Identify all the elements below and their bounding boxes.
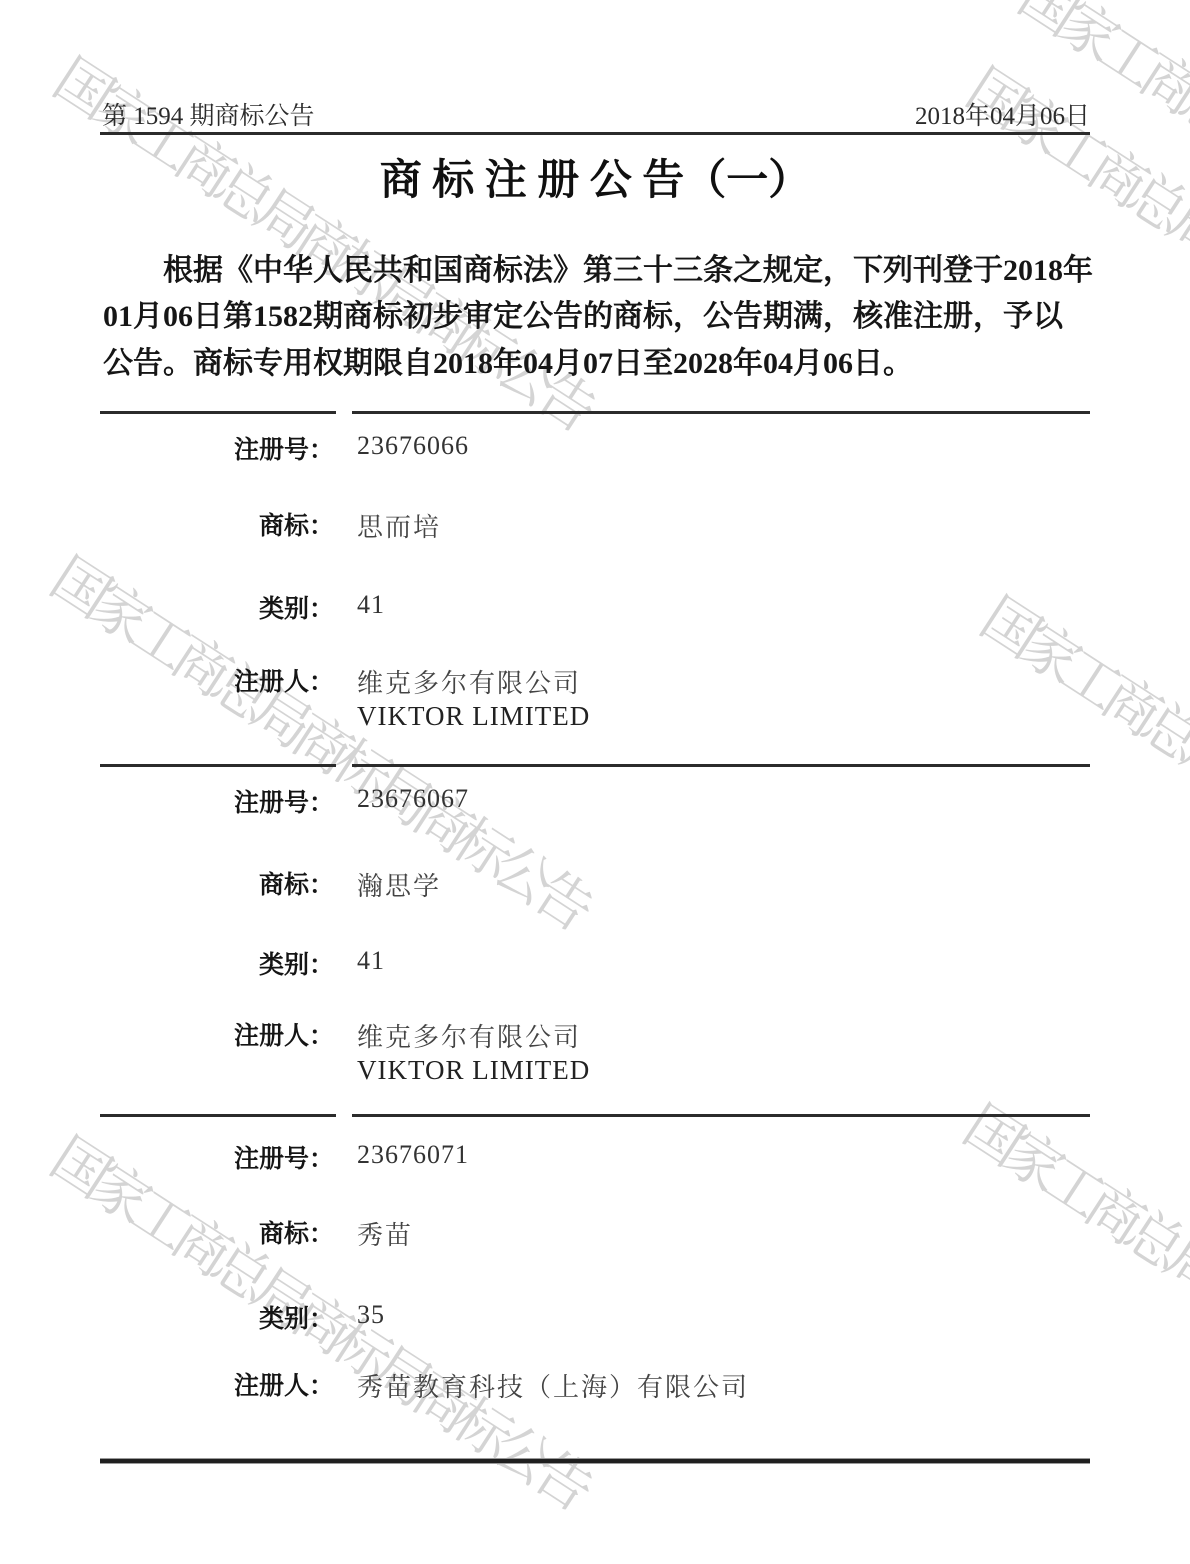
registrant-label: 注册人： xyxy=(100,1016,334,1052)
mark-value: 秀苗 xyxy=(357,1215,413,1252)
entry-separator-right-segment xyxy=(352,1114,1090,1117)
registrant-en: VIKTOR LIMITED xyxy=(357,1055,590,1086)
page-title: 商 标 注 册 公 告（一） xyxy=(100,147,1090,207)
class-value: 41 xyxy=(357,590,385,620)
mark-value: 瀚思学 xyxy=(357,866,441,903)
page-bottom-rule xyxy=(100,1459,1090,1463)
class-label: 类别： xyxy=(100,945,334,981)
registrant-cn: 维克多尔有限公司 xyxy=(357,663,581,700)
gazette-page: 国家工商总局商标局商标公告 国家工商总局商标局商标公告 国家工商总局商标局商标公… xyxy=(0,0,1190,1564)
mark-label: 商标： xyxy=(100,865,334,901)
intro-line-2: 01月06日第1582期商标初步审定公告的商标，公告期满，核准注册，予以 xyxy=(103,291,1103,335)
regno-value: 23676071 xyxy=(357,1140,469,1170)
intro-line-1: 根据《中华人民共和国商标法》第三十三条之规定，下列刊登于2018年 xyxy=(103,245,1163,289)
gazette-date: 2018年04月06日 xyxy=(915,96,1090,132)
mark-label: 商标： xyxy=(100,1214,334,1250)
registrant-cn: 维克多尔有限公司 xyxy=(357,1017,581,1054)
class-value: 41 xyxy=(357,946,385,976)
content-layer: 第 1594 期商标公告 2018年04月06日 商 标 注 册 公 告（一） … xyxy=(0,0,1190,1564)
registrant-label: 注册人： xyxy=(100,662,334,698)
regno-label: 注册号： xyxy=(100,1139,334,1175)
class-label: 类别： xyxy=(100,589,334,625)
registrant-en: VIKTOR LIMITED xyxy=(357,701,590,732)
registrant-cn: 秀苗教育科技（上海）有限公司 xyxy=(357,1367,749,1404)
regno-value: 23676067 xyxy=(357,784,469,814)
header-rule xyxy=(100,132,1090,135)
regno-label: 注册号： xyxy=(100,783,334,819)
registrant-label: 注册人： xyxy=(100,1366,334,1402)
regno-label: 注册号： xyxy=(100,430,334,466)
mark-value: 思而培 xyxy=(357,507,441,544)
table-rule-top-left-segment xyxy=(100,411,336,414)
class-value: 35 xyxy=(357,1300,385,1330)
gazette-issue-label: 第 1594 期商标公告 xyxy=(102,96,315,132)
mark-label: 商标： xyxy=(100,506,334,542)
entry-separator-left-segment xyxy=(100,764,336,767)
class-label: 类别： xyxy=(100,1299,334,1335)
regno-value: 23676066 xyxy=(357,431,469,461)
table-rule-top-right-segment xyxy=(352,411,1090,414)
entry-separator-left-segment xyxy=(100,1114,336,1117)
entry-separator-right-segment xyxy=(352,764,1090,767)
intro-line-3: 公告。商标专用权期限自2018年04月07日至2028年04月06日。 xyxy=(103,338,1103,382)
